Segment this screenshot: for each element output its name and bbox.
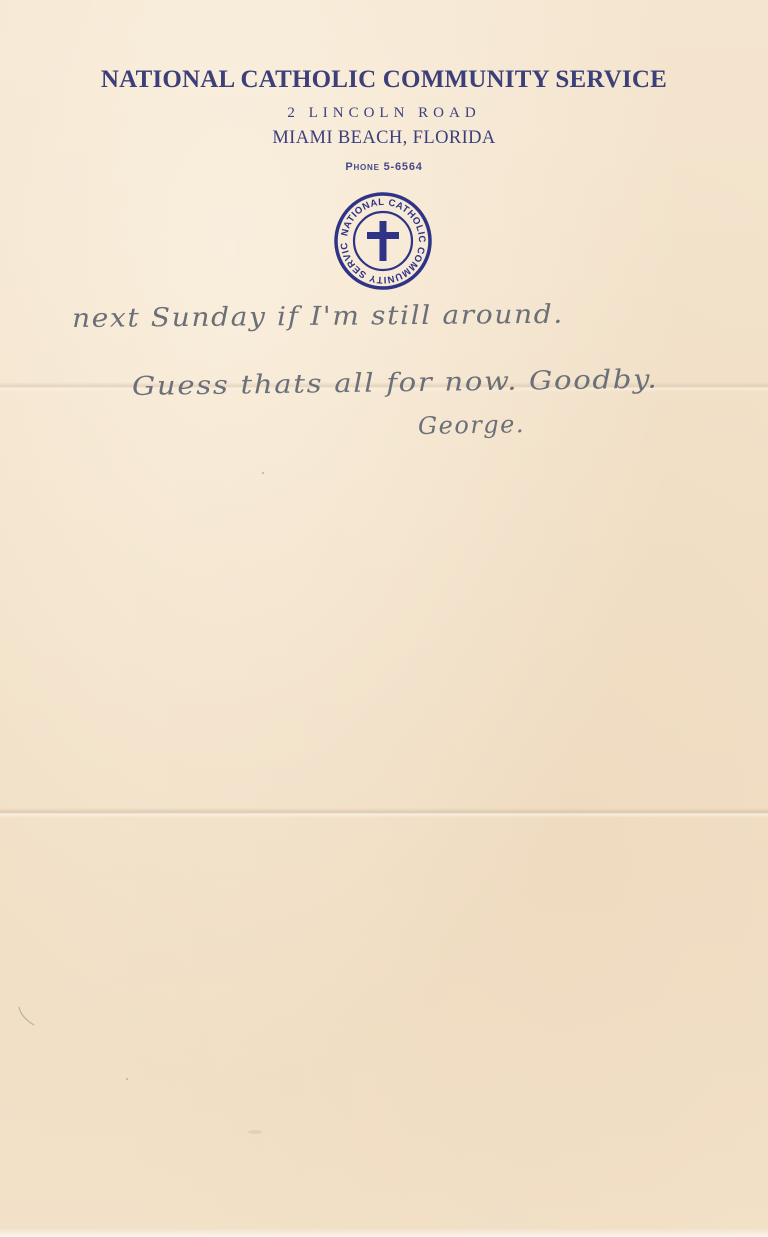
- paper-stain: [248, 1130, 262, 1134]
- pencil-mark-icon: [16, 1005, 38, 1029]
- handwritten-letter: next Sunday if I'm still around. Guess t…: [0, 0, 768, 1237]
- paper-speck: [262, 472, 264, 474]
- handwritten-line: Guess thats all for now. Goodby.: [132, 365, 659, 402]
- handwritten-line: next Sunday if I'm still around.: [72, 300, 564, 334]
- signature: George.: [418, 410, 525, 440]
- paper-speck: [126, 1078, 128, 1080]
